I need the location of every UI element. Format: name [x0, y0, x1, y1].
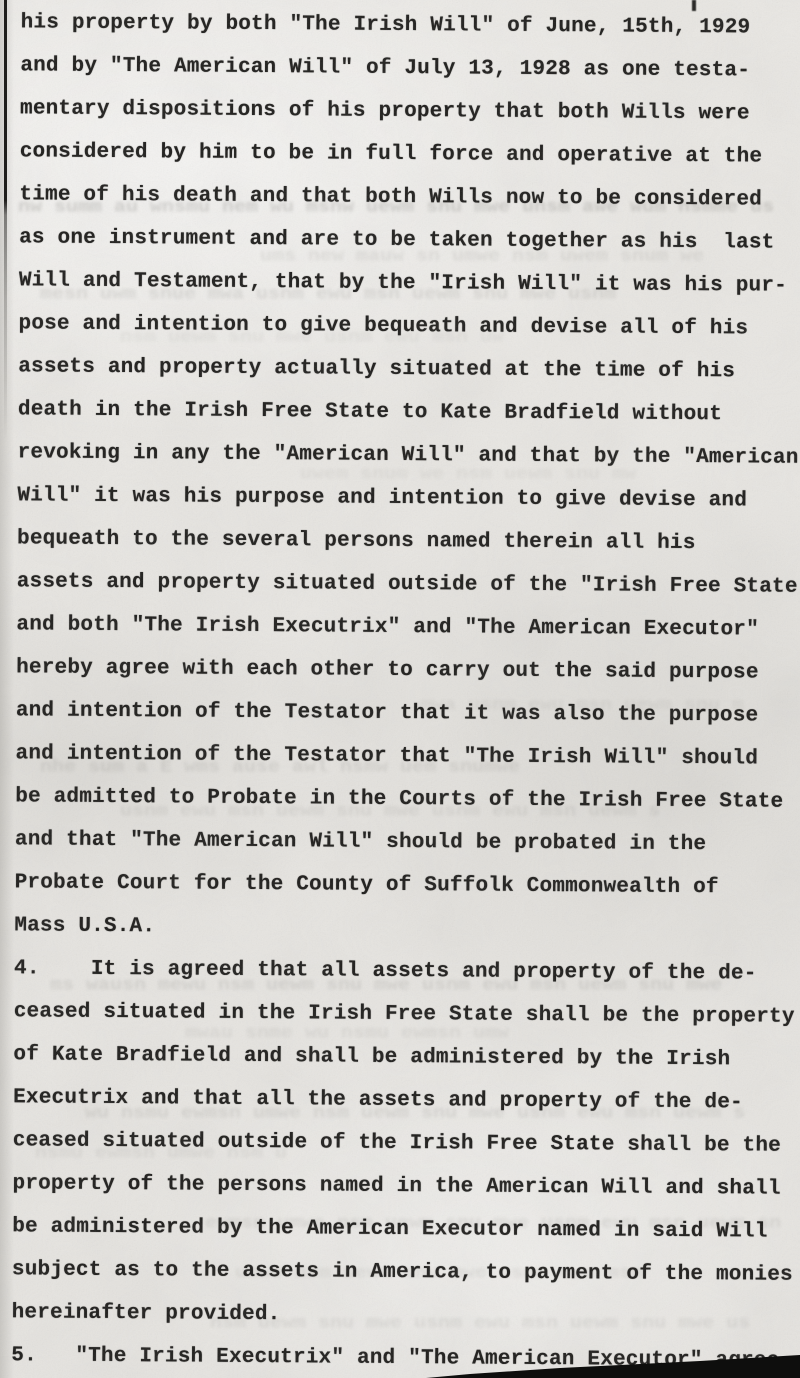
document-line: revoking in any the "American Will" and … [17, 431, 800, 479]
document-line: Will" it was his purpose and intention t… [17, 474, 800, 522]
document-line: 4. It is agreed that all assets and prop… [14, 947, 798, 995]
document-line: and by "The American Will" of July 13, 1… [20, 44, 800, 92]
scanned-document-page: nw summ au wnsmu nem wu msnw uewm snu mw… [0, 0, 800, 1378]
document-line: be admitted to Probate in the Courts of … [15, 775, 799, 823]
document-line: and both "The Irish Executrix" and "The … [16, 603, 800, 651]
document-line: ceased situated outside of the Irish Fre… [13, 1119, 797, 1167]
document-line: hereinafter provided. [11, 1291, 795, 1339]
document-line: ceased situated in the Irish Free State … [14, 990, 798, 1038]
document-line: Mass U.S.A. [14, 904, 798, 952]
document-line: death in the Irish Free State to Kate Br… [18, 388, 800, 436]
document-line: Executrix and that all the assets and pr… [13, 1076, 797, 1124]
scan-gutter-shadow [0, 0, 14, 1378]
document-line: assets and property situated outside of … [17, 560, 800, 608]
document-line: Will and Testament, that by the "Irish W… [19, 259, 800, 307]
scan-mark-top [692, 0, 696, 11]
document-line: of Kate Bradfield and shall be administe… [13, 1033, 797, 1081]
document-line: and intention of the Testator that it wa… [16, 689, 800, 737]
document-text: his property by both "The Irish Will" of… [0, 0, 800, 1378]
document-line: property of the persons named in the Ame… [12, 1162, 796, 1210]
document-line: and intention of the Testator that "The … [15, 732, 799, 780]
document-line: his property by both "The Irish Will" of… [20, 1, 800, 49]
scan-edge-line-left [4, 0, 7, 440]
document-line: as one instrument and are to be taken to… [19, 216, 800, 264]
document-line: hereby agree with each other to carry ou… [16, 646, 800, 694]
document-line: bequeath to the several persons named th… [17, 517, 800, 565]
document-line: considered by him to be in full force an… [20, 130, 800, 178]
document-line: pose and intention to give bequeath and … [18, 302, 800, 350]
document-line: be administered by the American Executor… [12, 1205, 796, 1253]
document-line: subject as to the assets in America, to … [12, 1248, 796, 1296]
document-line: mentary dispositions of his property tha… [20, 87, 800, 135]
document-line: and that "The American Will" should be p… [15, 818, 799, 866]
document-line: assets and property actually situated at… [18, 345, 800, 393]
document-line: time of his death and that both Wills no… [19, 173, 800, 221]
document-line: Probate Court for the County of Suffolk … [14, 861, 798, 909]
